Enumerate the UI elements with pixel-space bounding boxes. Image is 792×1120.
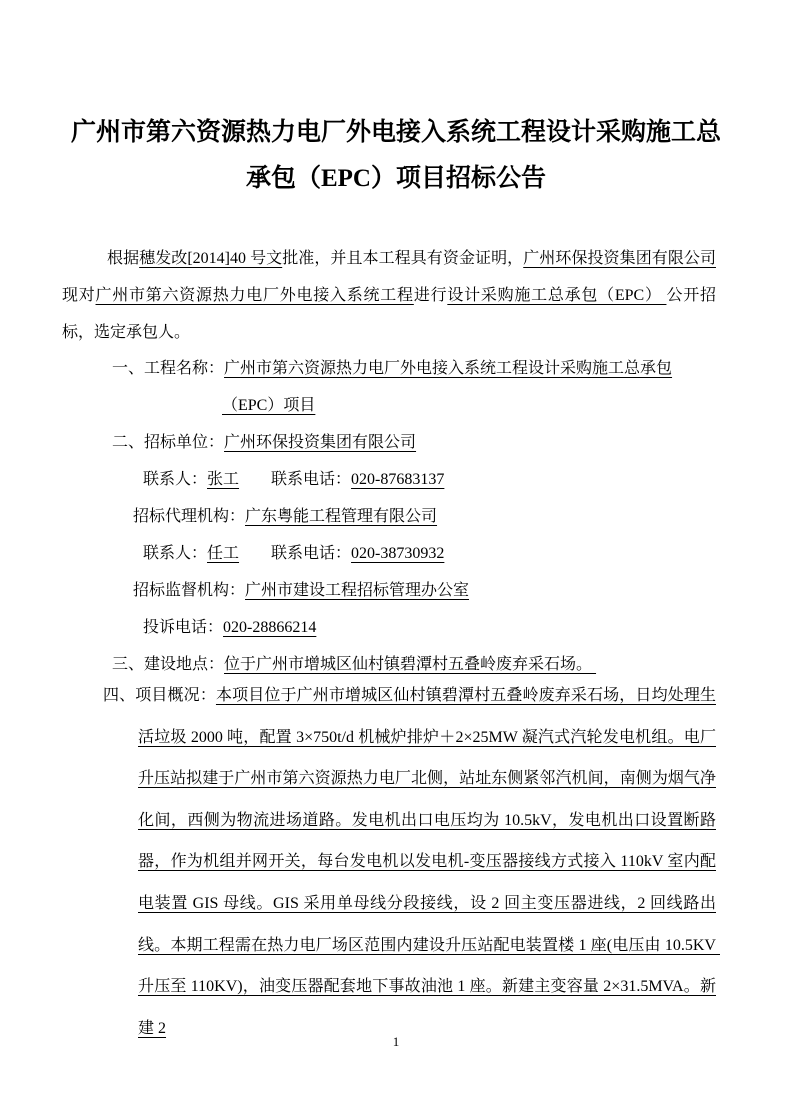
item-project-name: 一、工程名称：广州市第六资源热力电厂外电接入系统工程设计采购施工总承包（EPC）… — [62, 350, 716, 424]
contact-row-1: 联系人：张工联系电话：020-87683137 — [62, 461, 716, 498]
agency-row: 招标代理机构：广东粤能工程管理有限公司 — [62, 498, 716, 535]
construction-site-value: 位于广州市增城区仙村镇碧潭村五叠岭废弃采石场。 — [224, 656, 596, 673]
contact-name-value: 任工 — [207, 545, 239, 562]
item-label: 建设地点： — [144, 656, 224, 673]
items-list: 一、工程名称：广州市第六资源热力电厂外电接入系统工程设计采购施工总承包（EPC）… — [62, 350, 716, 683]
contact-row-2: 联系人：任工联系电话：020-38730932 — [62, 535, 716, 572]
phone-value: 020-38730932 — [351, 545, 444, 562]
plain-text: 进行 — [414, 287, 448, 304]
project-name-value: 广州市第六资源热力电厂外电接入系统工程设计采购施工总承包（EPC）项目 — [222, 360, 672, 414]
page-number: 1 — [0, 1034, 792, 1050]
plain-text: 现对 — [62, 287, 96, 304]
title-line-2: 承包（EPC）项目招标公告 — [0, 156, 792, 202]
project-overview-value: 本项目位于广州市增城区仙村镇碧潭村五叠岭废弃采石场，日均处理生活垃圾 2000 … — [138, 687, 720, 1037]
item-number: 一、 — [112, 360, 144, 377]
contact-label: 联系人： — [143, 471, 207, 488]
document-page: 广州市第六资源热力电厂外电接入系统工程设计采购施工总 承包（EPC）项目招标公告… — [0, 0, 792, 1120]
complaint-row: 投诉电话：020-28866214 — [62, 609, 716, 646]
item-label: 招标单位： — [144, 434, 224, 451]
underlined-text: 穗发改[2014]40 号文 — [139, 250, 282, 267]
underlined-text: 广州环保投资集团有限公司 — [523, 250, 716, 267]
underlined-text: 设计采购施工总承包（EPC） — [447, 287, 666, 304]
plain-text: 根据 — [107, 250, 139, 267]
complaint-label: 投诉电话： — [143, 619, 223, 636]
item-label: 项目概况： — [135, 687, 216, 704]
underlined-text: 广州市第六资源热力电厂外电接入系统工程 — [96, 287, 414, 304]
plain-text: 批准，并且本工程具有资金证明， — [282, 250, 523, 267]
phone-label: 联系电话： — [271, 471, 351, 488]
tendering-unit-value: 广州环保投资集团有限公司 — [224, 434, 416, 451]
item-number: 二、 — [112, 434, 144, 451]
item-label: 工程名称： — [144, 360, 224, 377]
contact-name-value: 张工 — [207, 471, 239, 488]
complaint-phone-value: 020-28866214 — [223, 619, 316, 636]
supervisor-value: 广州市建设工程招标管理办公室 — [245, 582, 469, 599]
agency-value: 广东粤能工程管理有限公司 — [245, 508, 437, 525]
title-line-1: 广州市第六资源热力电厂外电接入系统工程设计采购施工总 — [0, 110, 792, 156]
supervisor-label: 招标监督机构： — [133, 582, 245, 599]
item-tendering-unit: 二、招标单位：广州环保投资集团有限公司 — [62, 424, 716, 461]
agency-label: 招标代理机构： — [133, 508, 245, 525]
item-number: 四、 — [103, 687, 135, 704]
phone-label: 联系电话： — [271, 545, 351, 562]
item-project-overview: 四、项目概况：本项目位于广州市增城区仙村镇碧潭村五叠岭废弃采石场，日均处理生活垃… — [62, 675, 716, 1049]
document-title: 广州市第六资源热力电厂外电接入系统工程设计采购施工总 承包（EPC）项目招标公告 — [0, 110, 792, 202]
contact-label: 联系人： — [143, 545, 207, 562]
phone-value: 020-87683137 — [351, 471, 444, 488]
item-number: 三、 — [112, 656, 144, 673]
intro-paragraph: 根据穗发改[2014]40 号文批准，并且本工程具有资金证明，广州环保投资集团有… — [62, 240, 716, 351]
supervisor-row: 招标监督机构：广州市建设工程招标管理办公室 — [62, 572, 716, 609]
